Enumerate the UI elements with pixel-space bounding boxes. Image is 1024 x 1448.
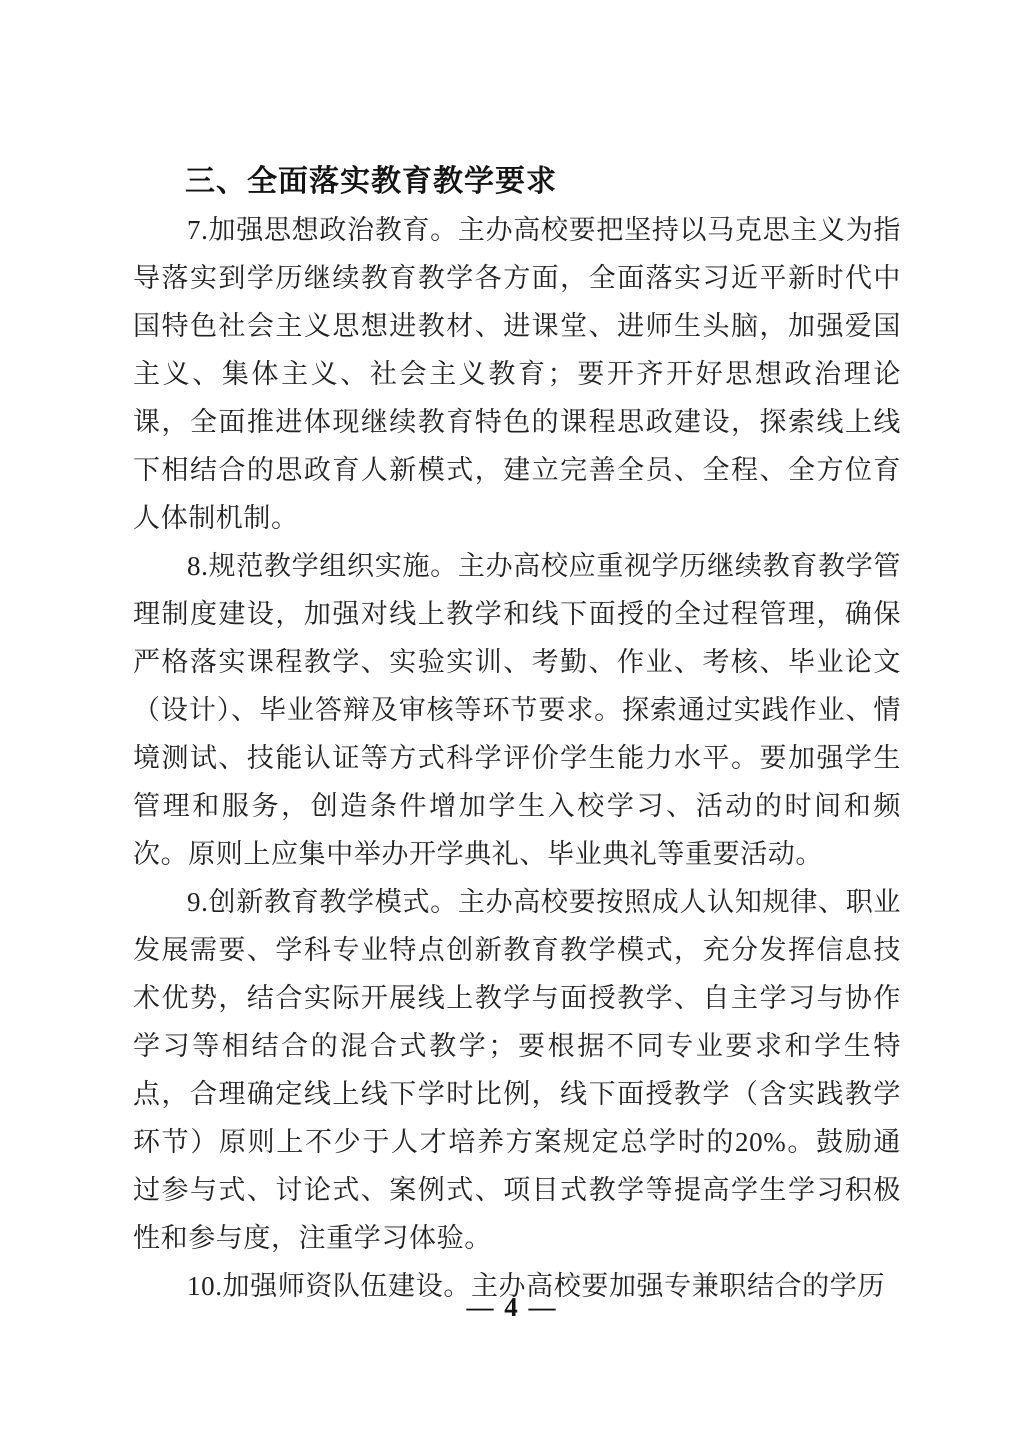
paragraph-9: 9.创新教育教学模式。主办高校要按照成人认知规律、职业发展需要、学科专业特点创新… xyxy=(133,878,901,1262)
paragraph-8: 8.规范教学组织实施。主办高校应重视学历继续教育教学管理制度建设，加强对线上教学… xyxy=(133,542,901,878)
section-heading: 三、全面落实教育教学要求 xyxy=(133,158,901,206)
page-number: — 4 — xyxy=(0,1292,1024,1323)
document-body: 三、全面落实教育教学要求 7.加强思想政治教育。主办高校要把坚持以马克思主义为指… xyxy=(133,158,901,1310)
document-page: 三、全面落实教育教学要求 7.加强思想政治教育。主办高校要把坚持以马克思主义为指… xyxy=(0,0,1024,1448)
paragraph-7: 7.加强思想政治教育。主办高校要把坚持以马克思主义为指导落实到学历继续教育教学各… xyxy=(133,206,901,542)
